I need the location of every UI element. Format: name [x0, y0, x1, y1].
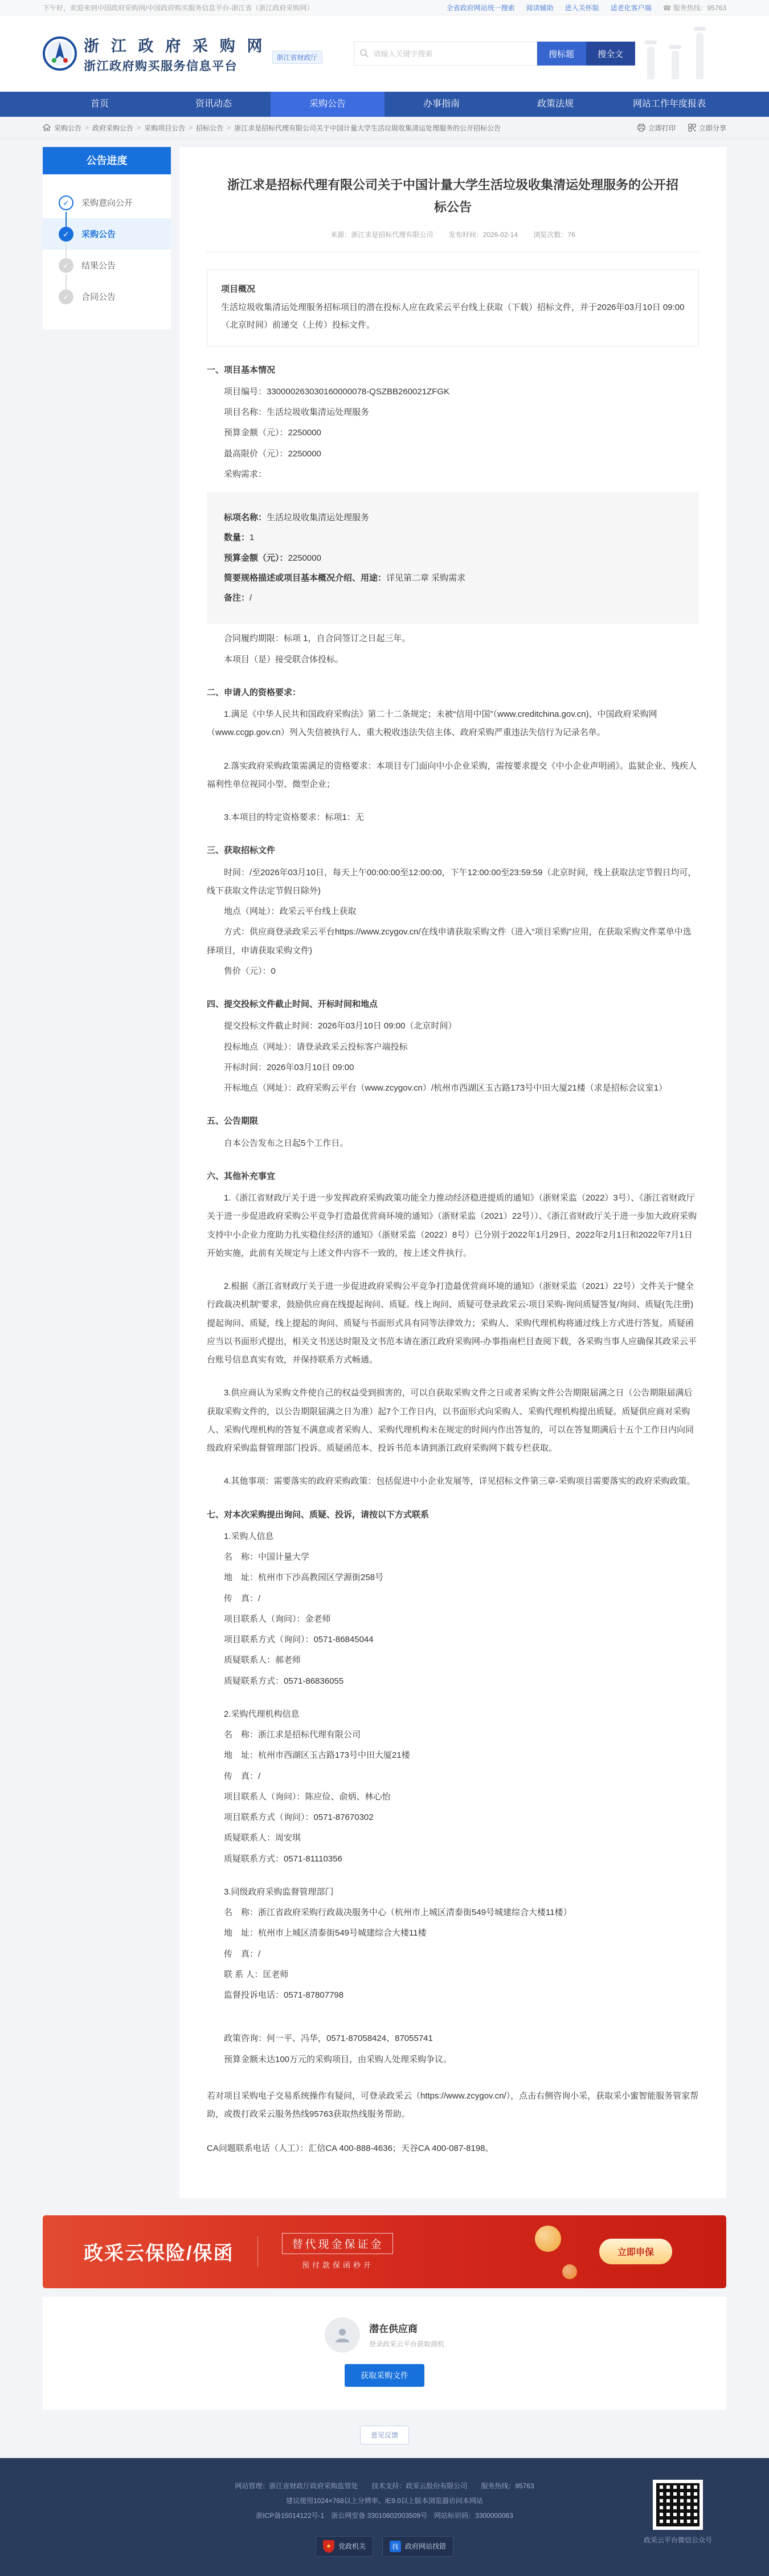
article-paragraph: 自本公告发布之日起5个工作日。 [207, 1134, 699, 1153]
article-paragraph: 3.同级政府采购监督管理部门 [207, 1883, 699, 1901]
feedback-button[interactable]: 意见反馈 [360, 2426, 409, 2444]
footer-line: 建议使用1024×768以上分辨率、IE9.0以上版本浏览器访问本网站 [43, 2493, 726, 2508]
article-source: 浙江求是招标代理有限公司 [351, 231, 433, 239]
util-link-unified-search[interactable]: 全省政府网站统一搜索 [447, 3, 515, 13]
header-decoration [630, 32, 703, 79]
breadcrumb-current: 浙江求是招标代理有限公司关于中国计量大学生活垃圾收集清运处理服务的公开招标公告 [234, 123, 501, 133]
sidebar-item-result-notice[interactable]: ✓ 结果公告 [43, 250, 171, 281]
nav-item-policies[interactable]: 政策法规 [498, 92, 612, 117]
article-paragraph: 提交投标文件截止时间：2026年03月10日 09:00（北京时间） [207, 1017, 699, 1035]
article-paragraph: 开标地点（网址）：政府采购云平台（www.zcygov.cn）/杭州市西湖区玉古… [207, 1079, 699, 1097]
service-hotline: ☎服务热线：95763 [663, 3, 726, 13]
qr-share-icon [688, 124, 696, 132]
supplier-card-title: 潜在供应商 [369, 2321, 444, 2335]
article-paragraph: 地 址：杭州市西湖区玉古路173号中田大厦21楼 [207, 1746, 699, 1765]
banner-subtitle-main: 替代现金保证金 [282, 2233, 393, 2254]
article-paragraph: 地点（网址）：政采云平台线上获取 [207, 903, 699, 921]
requirement-line: 预算金额（元）：2250000 [224, 548, 682, 568]
article-paragraph: 项目编号：330000263030160000078-QSZBB260021ZF… [207, 383, 699, 401]
article-paragraph: 2.落实政府采购政策需满足的资格要求：本项目专门面向中小企业采购，需按要求提交《… [207, 757, 699, 794]
article-paragraph: 政策咨询：何一平、冯华，0571-87058424、87055741 [207, 2030, 699, 2048]
apply-insurance-button[interactable]: 立即申保 [599, 2239, 672, 2264]
article-paragraph: 时间：/至2026年03月10日，每天上午00:00:00至12:00:00，下… [207, 864, 699, 901]
supplier-card-subtitle: 登录政采云平台获取商机 [369, 2339, 444, 2349]
article-meta: 来源：浙江求是招标代理有限公司 发布时间：2026-02-14 浏览次数：76 [207, 230, 699, 239]
article-paragraph: 项目联系方式（询问）：0571-87670302 [207, 1808, 699, 1827]
article-paragraph: 投标地点（网址）：请登录政采云投标客户端投标 [207, 1038, 699, 1056]
article-paragraph: 名 称：中国计量大学 [207, 1548, 699, 1566]
print-button[interactable]: 立即打印 [637, 123, 676, 133]
section-heading: 四、提交投标文件截止时间、开标时间和地点 [207, 995, 699, 1014]
article-paragraph: 名 称：浙江求是招标代理有限公司 [207, 1726, 699, 1744]
get-bidding-documents-button[interactable]: 获取采购文件 [345, 2364, 424, 2387]
requirement-line: 备注：/ [224, 588, 682, 608]
article-paragraph: 最高限价（元）：2250000 [207, 445, 699, 463]
home-icon [43, 124, 51, 132]
article-paragraph: 质疑联系人：周安琪 [207, 1829, 699, 1847]
page-title: 浙江求是招标代理有限公司关于中国计量大学生活垃圾收集清运处理服务的公开招标公告 [222, 174, 684, 218]
breadcrumb-item[interactable]: 政府采购公告 [92, 123, 133, 133]
requirement-line: 简要规格描述或项目基本概况介绍、用途：详见第二章 采购需求 [224, 568, 682, 588]
article-body: 一、项目基本情况项目编号：330000263030160000078-QSZBB… [207, 361, 699, 2158]
check-icon: ✓ [59, 227, 73, 242]
spacer [207, 745, 699, 755]
section-heading: 二、申请人的资格要求： [207, 684, 699, 702]
finance-department-tag: 浙江省财政厅 [272, 51, 322, 64]
site-name-main: 浙 江 政 府 采 购 网 [84, 34, 267, 56]
section-heading: 七、对本次采购提出询问、质疑、投诉，请按以下方式联系 [207, 1506, 699, 1524]
insurance-promo-banner[interactable]: 政采云保险/保函 替代现金保证金 预付款保函秒开 立即申保 [43, 2215, 726, 2288]
article-paragraph: 采购需求： [207, 466, 699, 484]
sidebar-title: 公告进度 [43, 147, 171, 174]
view-count: 76 [567, 231, 575, 239]
article-paragraph: 监督投诉电话：0571-87807798 [207, 1986, 699, 2005]
nav-item-news[interactable]: 资讯动态 [157, 92, 271, 117]
potential-supplier-card: 潜在供应商 登录政采云平台获取商机 获取采购文件 [43, 2297, 726, 2410]
article-paragraph: 项目联系方式（询问）：0571-86845044 [207, 1631, 699, 1649]
project-overview-box: 项目概况 生活垃圾收集清运处理服务招标项目的潜在投标人应在政采云平台线上获取（下… [207, 270, 699, 346]
publish-time: 2026-02-14 [483, 231, 518, 239]
util-link-care-version[interactable]: 进入关怀版 [565, 3, 599, 13]
util-link-elderly-client[interactable]: 适老化客户端 [611, 3, 652, 13]
article-paragraph: 传 真：/ [207, 1767, 699, 1786]
article-paragraph: 预算金额未达100万元的采购项目，由采购人处理采购争议。 [207, 2051, 699, 2069]
article-paragraph: 合同履约期限：标项 1，自合同签订之日起三年。 [207, 630, 699, 648]
search-title-button[interactable]: 搜标题 [537, 42, 586, 66]
qr-caption: 政采云平台微信公众号 [644, 2535, 712, 2545]
nav-item-home[interactable]: 首页 [43, 92, 157, 117]
article-paragraph: 项目名称：生活垃圾收集清运处理服务 [207, 403, 699, 422]
utility-bar: 下午好，欢迎来到中国政府采购网/中国政府购买服务信息平台-浙江省（浙江政府采购网… [0, 0, 769, 15]
site-search: 搜标题 搜全文 [354, 42, 635, 66]
announcement-article: 浙江求是招标代理有限公司关于中国计量大学生活垃圾收集清运处理服务的公开招标公告 … [179, 147, 726, 2198]
check-icon: ✓ [59, 195, 73, 210]
requirement-box: 标项名称：生活垃圾收集清运处理服务数量：1预算金额（元）：2250000简要规格… [207, 492, 699, 624]
check-icon: ✓ [59, 258, 73, 273]
article-paragraph: 开标时间：2026年03月10日 09:00 [207, 1059, 699, 1077]
article-paragraph: 项目联系人（询问）：陈应俭、俞炳、林心怡 [207, 1788, 699, 1806]
gov-site-error-report-badge[interactable]: 找 政府网站找错 [382, 2536, 453, 2557]
welcome-text: 下午好，欢迎来到中国政府采购网/中国政府购买服务信息平台-浙江省（浙江政府采购网… [43, 3, 313, 13]
breadcrumb: 采购公告> 政府采购公告> 采购项目公告> 招标公告> 浙江求是招标代理有限公司… [43, 123, 501, 133]
wechat-qr-code [653, 2480, 703, 2530]
article-paragraph: 质疑联系方式：0571-81110356 [207, 1850, 699, 1868]
site-logo[interactable]: 浙 江 政 府 采 购 网 浙江政府购买服务信息平台 浙江省财政厅 [43, 34, 322, 74]
breadcrumb-bar: 采购公告> 政府采购公告> 采购项目公告> 招标公告> 浙江求是招标代理有限公司… [0, 117, 769, 139]
supplier-avatar-icon [325, 2317, 360, 2353]
banner-subtitle-sub: 预付款保函秒开 [282, 2259, 393, 2270]
banner-title: 政采云保险/保函 [84, 2238, 234, 2265]
divider [257, 2236, 258, 2267]
footer-line: 浙ICP备15014122号-1 浙公网安备 33010602003509号 网… [43, 2508, 726, 2523]
phone-icon: ☎ [663, 4, 672, 12]
main-nav: 首页 资讯动态 采购公告 办事指南 政策法规 网站工作年度报表 [0, 92, 769, 117]
article-paragraph: 1.满足《中华人民共和国政府采购法》第二十二条规定；未被“信用中国”（www.c… [207, 705, 699, 742]
share-button[interactable]: 立即分享 [688, 123, 726, 133]
requirement-line: 标项名称：生活垃圾收集清运处理服务 [224, 508, 682, 528]
article-paragraph: 地 址：杭州市下沙高教园区学源街258号 [207, 1569, 699, 1587]
overview-text: 生活垃圾收集清运处理服务招标项目的潜在投标人应在政采云平台线上获取（下载）招标文… [221, 299, 685, 334]
article-paragraph: 售价（元）：0 [207, 962, 699, 981]
nav-item-annual-report[interactable]: 网站工作年度报表 [612, 92, 726, 117]
search-icon [359, 48, 369, 58]
shield-star-icon: ★ [323, 2540, 334, 2553]
util-link-reading-aid[interactable]: 阅读辅助 [526, 3, 554, 13]
spacer [207, 2071, 699, 2081]
divider [207, 252, 699, 252]
site-footer: 网站管理：浙江省财政厅政府采购监管处 技术支持：政采云股份有限公司 服务热线：9… [0, 2458, 769, 2576]
wechat-qr-block: 政采云平台微信公众号 [644, 2480, 712, 2545]
site-header: 浙 江 政 府 采 购 网 浙江政府购买服务信息平台 浙江省财政厅 搜标题 搜全… [0, 15, 769, 92]
breadcrumb-item[interactable]: 招标公告 [196, 123, 223, 133]
article-paragraph: 联 系 人：匡老师 [207, 1966, 699, 1984]
printer-icon [637, 124, 645, 132]
article-paragraph: 地 址：杭州市上城区清泰街549号城建综合大楼11楼 [207, 1924, 699, 1942]
sidebar-item-intent-publicity[interactable]: ✓ 采购意向公开 [43, 187, 171, 218]
gov-agency-badge[interactable]: ★ 党政机关 [316, 2536, 373, 2557]
site-logo-emblem-icon [43, 36, 77, 71]
article-paragraph: 质疑联系人：郝老师 [207, 1651, 699, 1669]
search-input[interactable] [354, 42, 537, 66]
check-icon: ✓ [59, 289, 73, 304]
article-paragraph: 预算金额（元）：2250000 [207, 424, 699, 442]
section-heading: 五、公告期限 [207, 1112, 699, 1130]
article-paragraph: 质疑联系方式：0571-86836055 [207, 1672, 699, 1691]
spacer [207, 1460, 699, 1470]
spacer [207, 1265, 699, 1275]
nav-item-guide[interactable]: 办事指南 [384, 92, 498, 117]
nav-item-procurement-notices[interactable]: 采购公告 [271, 92, 384, 117]
spacer [207, 1871, 699, 1881]
spacer [207, 1693, 699, 1703]
breadcrumb-item[interactable]: 采购公告 [54, 123, 81, 133]
article-paragraph: 本项目（是）接受联合体投标。 [207, 651, 699, 669]
article-paragraph: 3.供应商认为采购文件使自己的权益受到损害的，可以自获取采购文件之日或者采购文件… [207, 1384, 699, 1458]
sidebar-item-contract-notice[interactable]: ✓ 合同公告 [43, 281, 171, 312]
section-heading: 六、其他补充事宜 [207, 1167, 699, 1186]
site-name-sub: 浙江政府购买服务信息平台 [84, 57, 267, 74]
spacer [207, 2017, 699, 2027]
article-paragraph: CA问题联系电话（人工）：汇信CA 400-888-4636；天谷CA 400-… [207, 2140, 699, 2158]
section-heading: 一、项目基本情况 [207, 361, 699, 379]
article-paragraph: 1.采购人信息 [207, 1528, 699, 1546]
sidebar-item-procurement-notice[interactable]: ✓ 采购公告 [43, 218, 171, 250]
breadcrumb-item[interactable]: 采购项目公告 [144, 123, 185, 133]
article-paragraph: 传 真：/ [207, 1590, 699, 1608]
article-paragraph: 传 真：/ [207, 1945, 699, 1963]
article-paragraph: 4.其他事项：需要落实的政府采购政策：包括促进中小企业发展等，详见招标文件第三章… [207, 1472, 699, 1491]
article-paragraph: 项目联系人（询问）：金老师 [207, 1610, 699, 1628]
section-heading: 三、获取招标文件 [207, 842, 699, 860]
article-paragraph: 2.采购代理机构信息 [207, 1705, 699, 1724]
overview-title: 项目概况 [221, 280, 685, 299]
article-paragraph: 3.本项目的特定资格要求：标项1：无 [207, 809, 699, 827]
article-paragraph: 2.根据《浙江省财政厅关于进一步促进政府采购公平竞争打造最优营商环境的通知》（浙… [207, 1277, 699, 1369]
coin-graphic [535, 2226, 561, 2252]
footer-line: 网站管理：浙江省财政厅政府采购监管处 技术支持：政采云股份有限公司 服务热线：9… [43, 2479, 726, 2493]
spacer [207, 2124, 699, 2134]
search-fulltext-button[interactable]: 搜全文 [586, 42, 635, 66]
spacer [207, 2007, 699, 2017]
article-paragraph: 1.《浙江省财政厅关于进一步发挥政府采购政策功能全力推动经济稳进提质的通知》（浙… [207, 1189, 699, 1263]
spacer [207, 796, 699, 806]
error-report-icon: 找 [390, 2541, 401, 2552]
requirement-line: 数量：1 [224, 528, 682, 548]
article-paragraph: 方式：供应商登录政采云平台https://www.zcygov.cn/在线申请获… [207, 923, 699, 960]
article-paragraph: 若对项目采购电子交易系统操作有疑问，可登录政采云（https://www.zcy… [207, 2087, 699, 2124]
spacer [207, 1371, 699, 1382]
coin-graphic [562, 2264, 577, 2279]
notice-progress-sidebar: 公告进度 ✓ 采购意向公开 ✓ 采购公告 ✓ 结果公告 ✓ 合同公告 [43, 147, 171, 329]
article-paragraph: 名 称：浙江省政府采购行政裁决服务中心（杭州市上城区清泰街549号城建综合大楼1… [207, 1904, 699, 1922]
